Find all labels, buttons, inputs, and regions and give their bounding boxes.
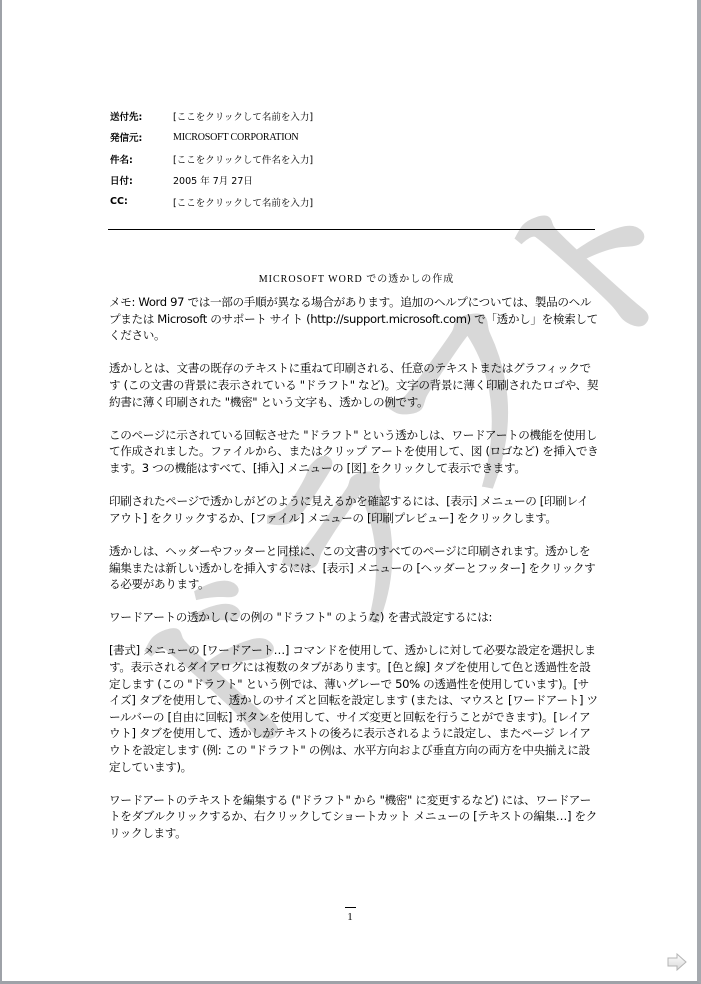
memo-field-date: 2005 年 7月 27日 xyxy=(173,173,253,187)
memo-label-to: 送付先: xyxy=(110,109,173,123)
paragraph-format-steps: [書式] メニューの [ワードアート…] コマンドを使用して、透かしに対して必要… xyxy=(109,642,599,775)
memo-field-subject[interactable]: [ここをクリックして件名を入力] xyxy=(173,152,313,166)
header-divider xyxy=(108,229,595,230)
document-body: メモ: Word 97 では一部の手順が異なる場合があります。追加のヘルプについ… xyxy=(109,294,599,858)
memo-label-cc: CC: xyxy=(110,196,173,207)
paragraph-note: メモ: Word 97 では一部の手順が異なる場合があります。追加のヘルプについ… xyxy=(109,294,599,344)
memo-row-date: 日付: 2005 年 7月 27日 xyxy=(110,170,590,192)
memo-row-cc: CC: [ここをクリックして名前を入力] xyxy=(110,191,590,213)
memo-field-cc[interactable]: [ここをクリックして名前を入力] xyxy=(173,195,313,209)
paragraph-edit-text: ワードアートのテキストを編集する ("ドラフト" から "機密" に変更するなど… xyxy=(109,792,599,842)
memo-row-to: 送付先: [ここをクリックして名前を入力] xyxy=(110,105,590,127)
document-page: ドラフト 送付先: [ここをクリックして名前を入力] 発信元: MICROSOF… xyxy=(0,0,701,984)
next-page-button[interactable] xyxy=(666,953,688,971)
paragraph-preview: 印刷されたページで透かしがどのように見えるかを確認するには、[表示] メニューの… xyxy=(109,493,599,526)
paragraph-creation: このページに示されている回転させた "ドラフト" という透かしは、ワードアートの… xyxy=(109,427,599,477)
paragraph-header-footer: 透かしは、ヘッダーやフッターと同様に、この文書のすべてのページに印刷されます。透… xyxy=(109,543,599,593)
page-number-rule xyxy=(345,907,356,908)
page-number: 1 xyxy=(342,911,358,923)
memo-row-subject: 件名: [ここをクリックして件名を入力] xyxy=(110,148,590,170)
memo-label-from: 発信元: xyxy=(110,130,173,144)
memo-label-date: 日付: xyxy=(110,173,173,187)
paragraph-definition: 透かしとは、文書の既存のテキストに重ねて印刷される、任意のテキストまたはグラフィ… xyxy=(109,360,599,410)
memo-label-subject: 件名: xyxy=(110,152,173,166)
document-title: MICROSOFT WORD での透かしの作成 xyxy=(108,270,605,285)
memo-field-to[interactable]: [ここをクリックして名前を入力] xyxy=(173,109,313,123)
memo-row-from: 発信元: MICROSOFT CORPORATION xyxy=(110,127,590,149)
paragraph-format-intro: ワードアートの透かし (この例の "ドラフト" のような) を書式設定するには: xyxy=(109,609,599,626)
arrow-right-icon xyxy=(666,953,688,971)
memo-field-from: MICROSOFT CORPORATION xyxy=(173,132,298,143)
memo-header: 送付先: [ここをクリックして名前を入力] 発信元: MICROSOFT COR… xyxy=(110,105,590,213)
